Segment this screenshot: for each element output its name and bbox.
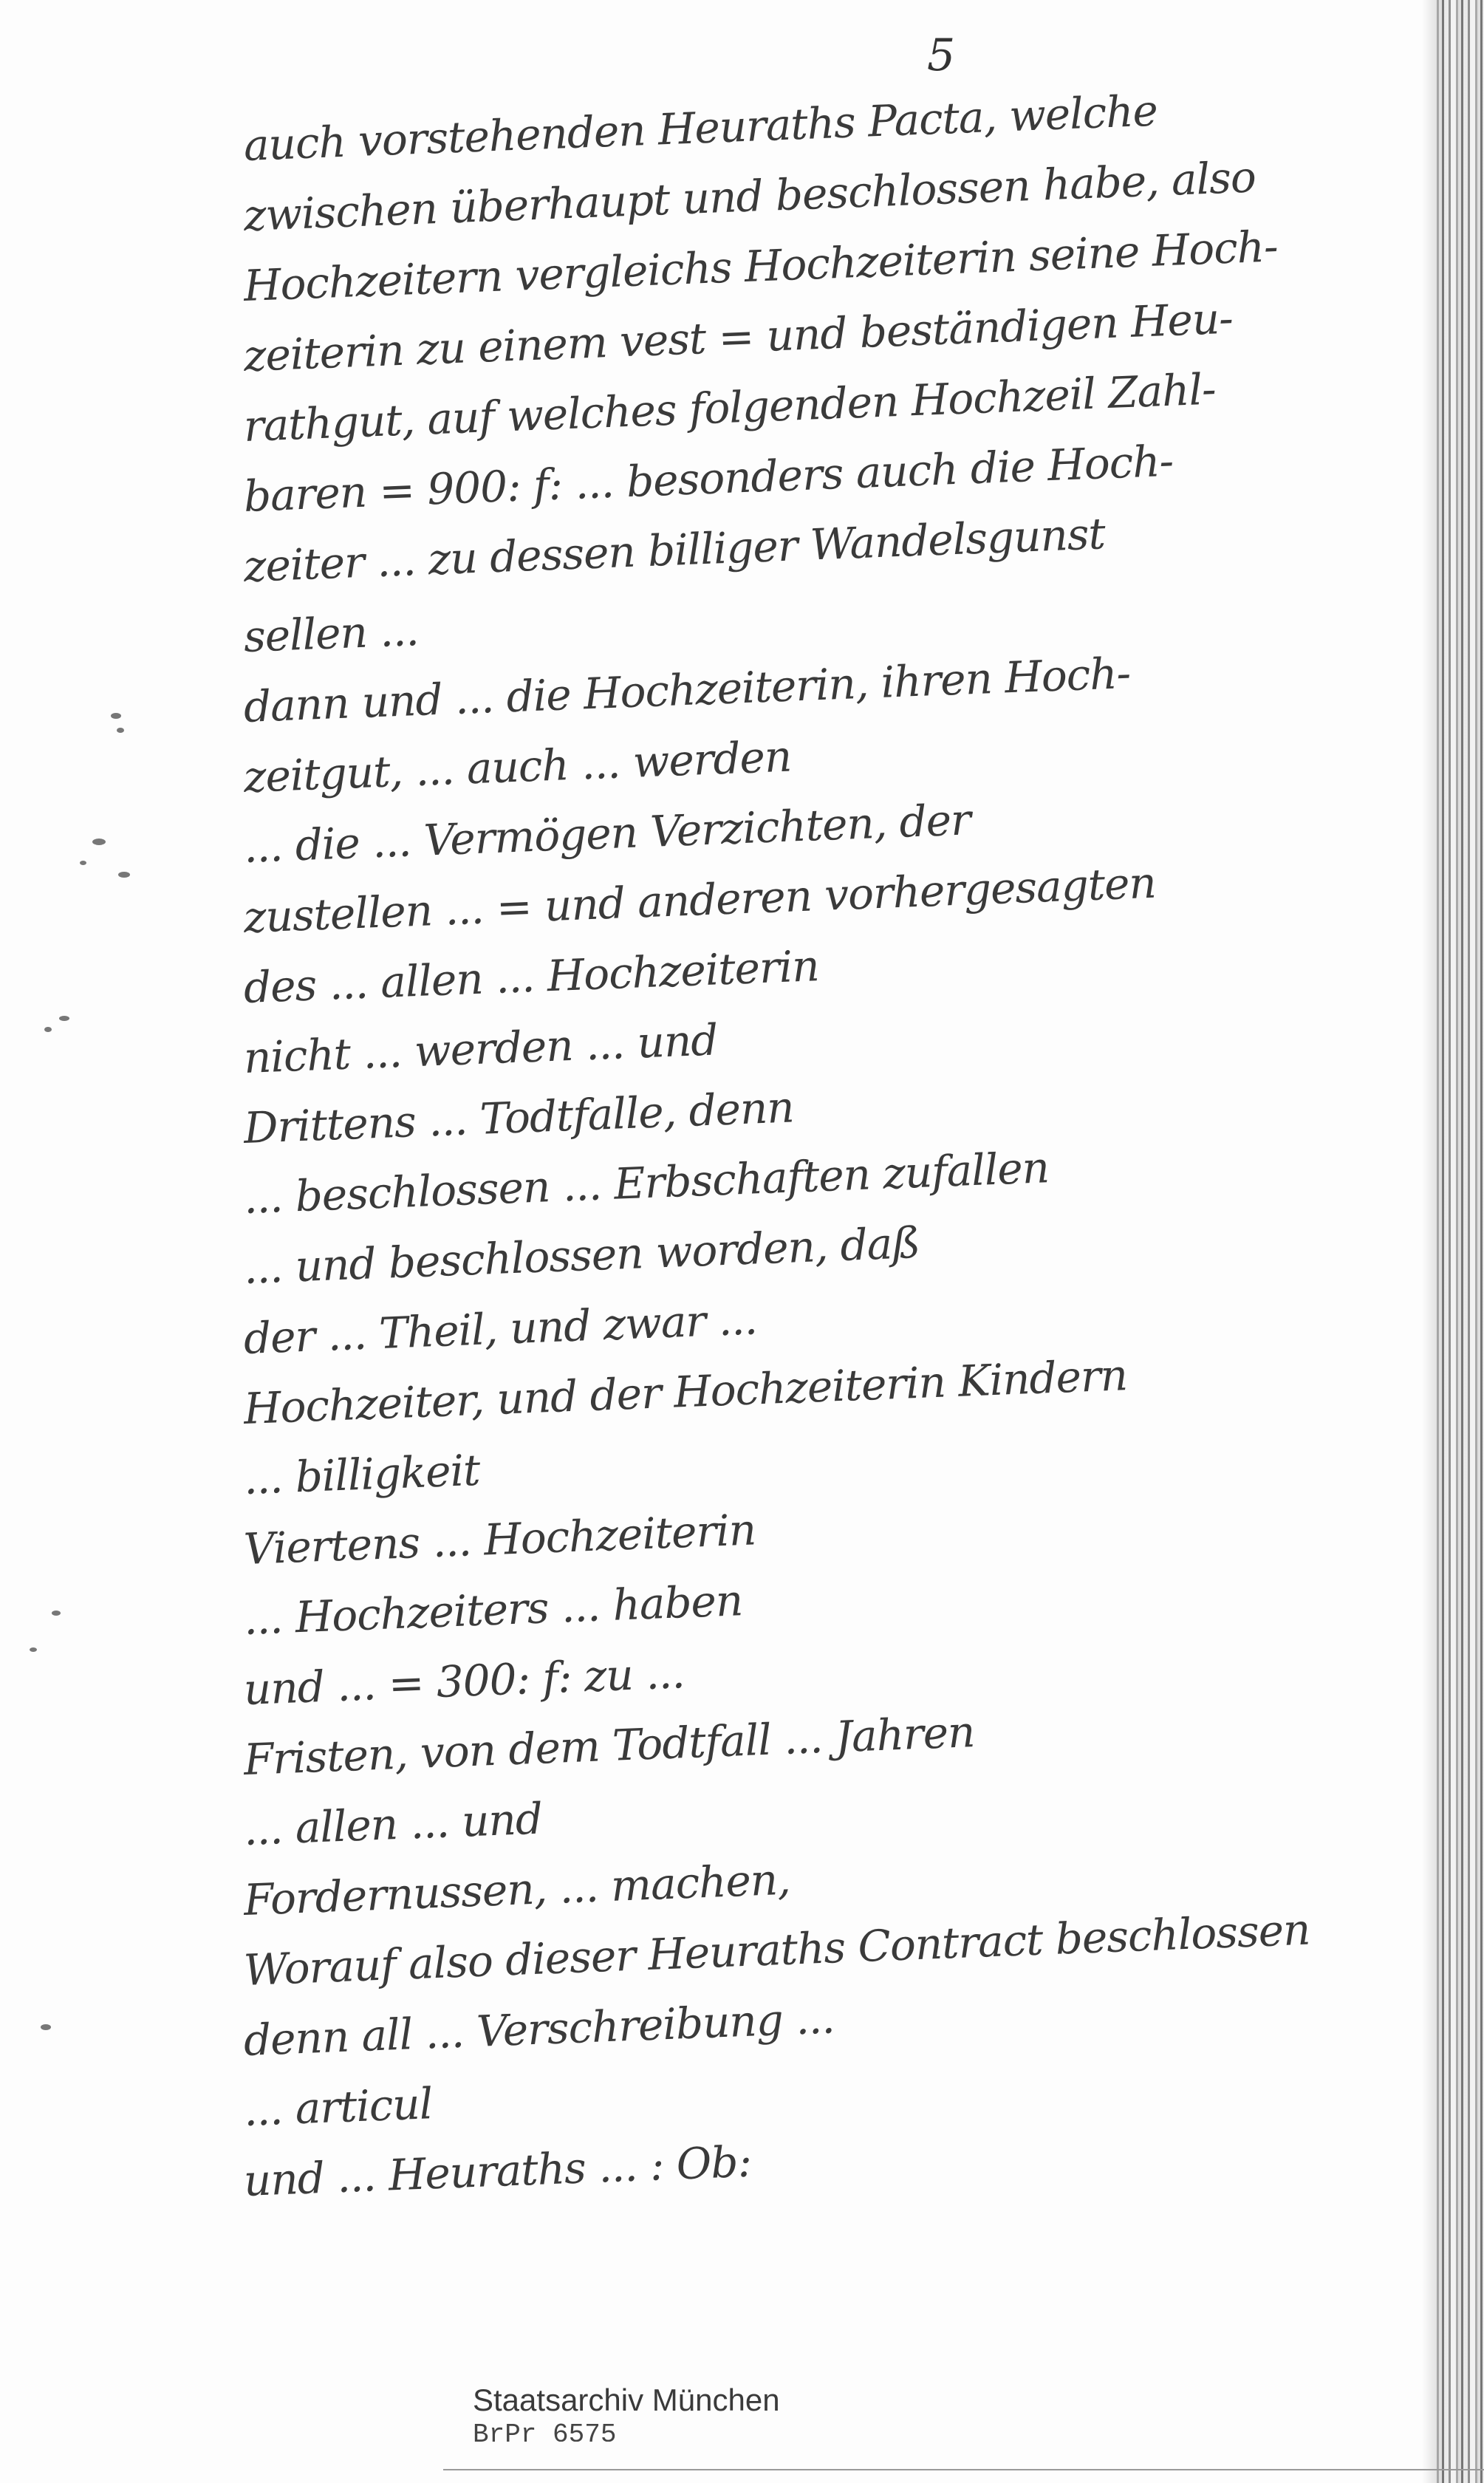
book-binding-edge: [1437, 0, 1484, 2483]
binding-shadow: [1422, 0, 1438, 2483]
handwritten-text-block: auch vorstehenden Heuraths Pacta, welche…: [244, 111, 1411, 2216]
archive-stamp: Staatsarchiv München BrPr 6575: [473, 2383, 780, 2442]
folio-number: 5: [927, 30, 955, 81]
archive-name: Staatsarchiv München: [473, 2383, 780, 2418]
page-edge-line: [443, 2469, 1484, 2470]
manuscript-page: 5 auch vorstehenden Heuraths Pacta, welc…: [0, 0, 1484, 2483]
archive-signature: BrPr 6575: [473, 2419, 780, 2442]
